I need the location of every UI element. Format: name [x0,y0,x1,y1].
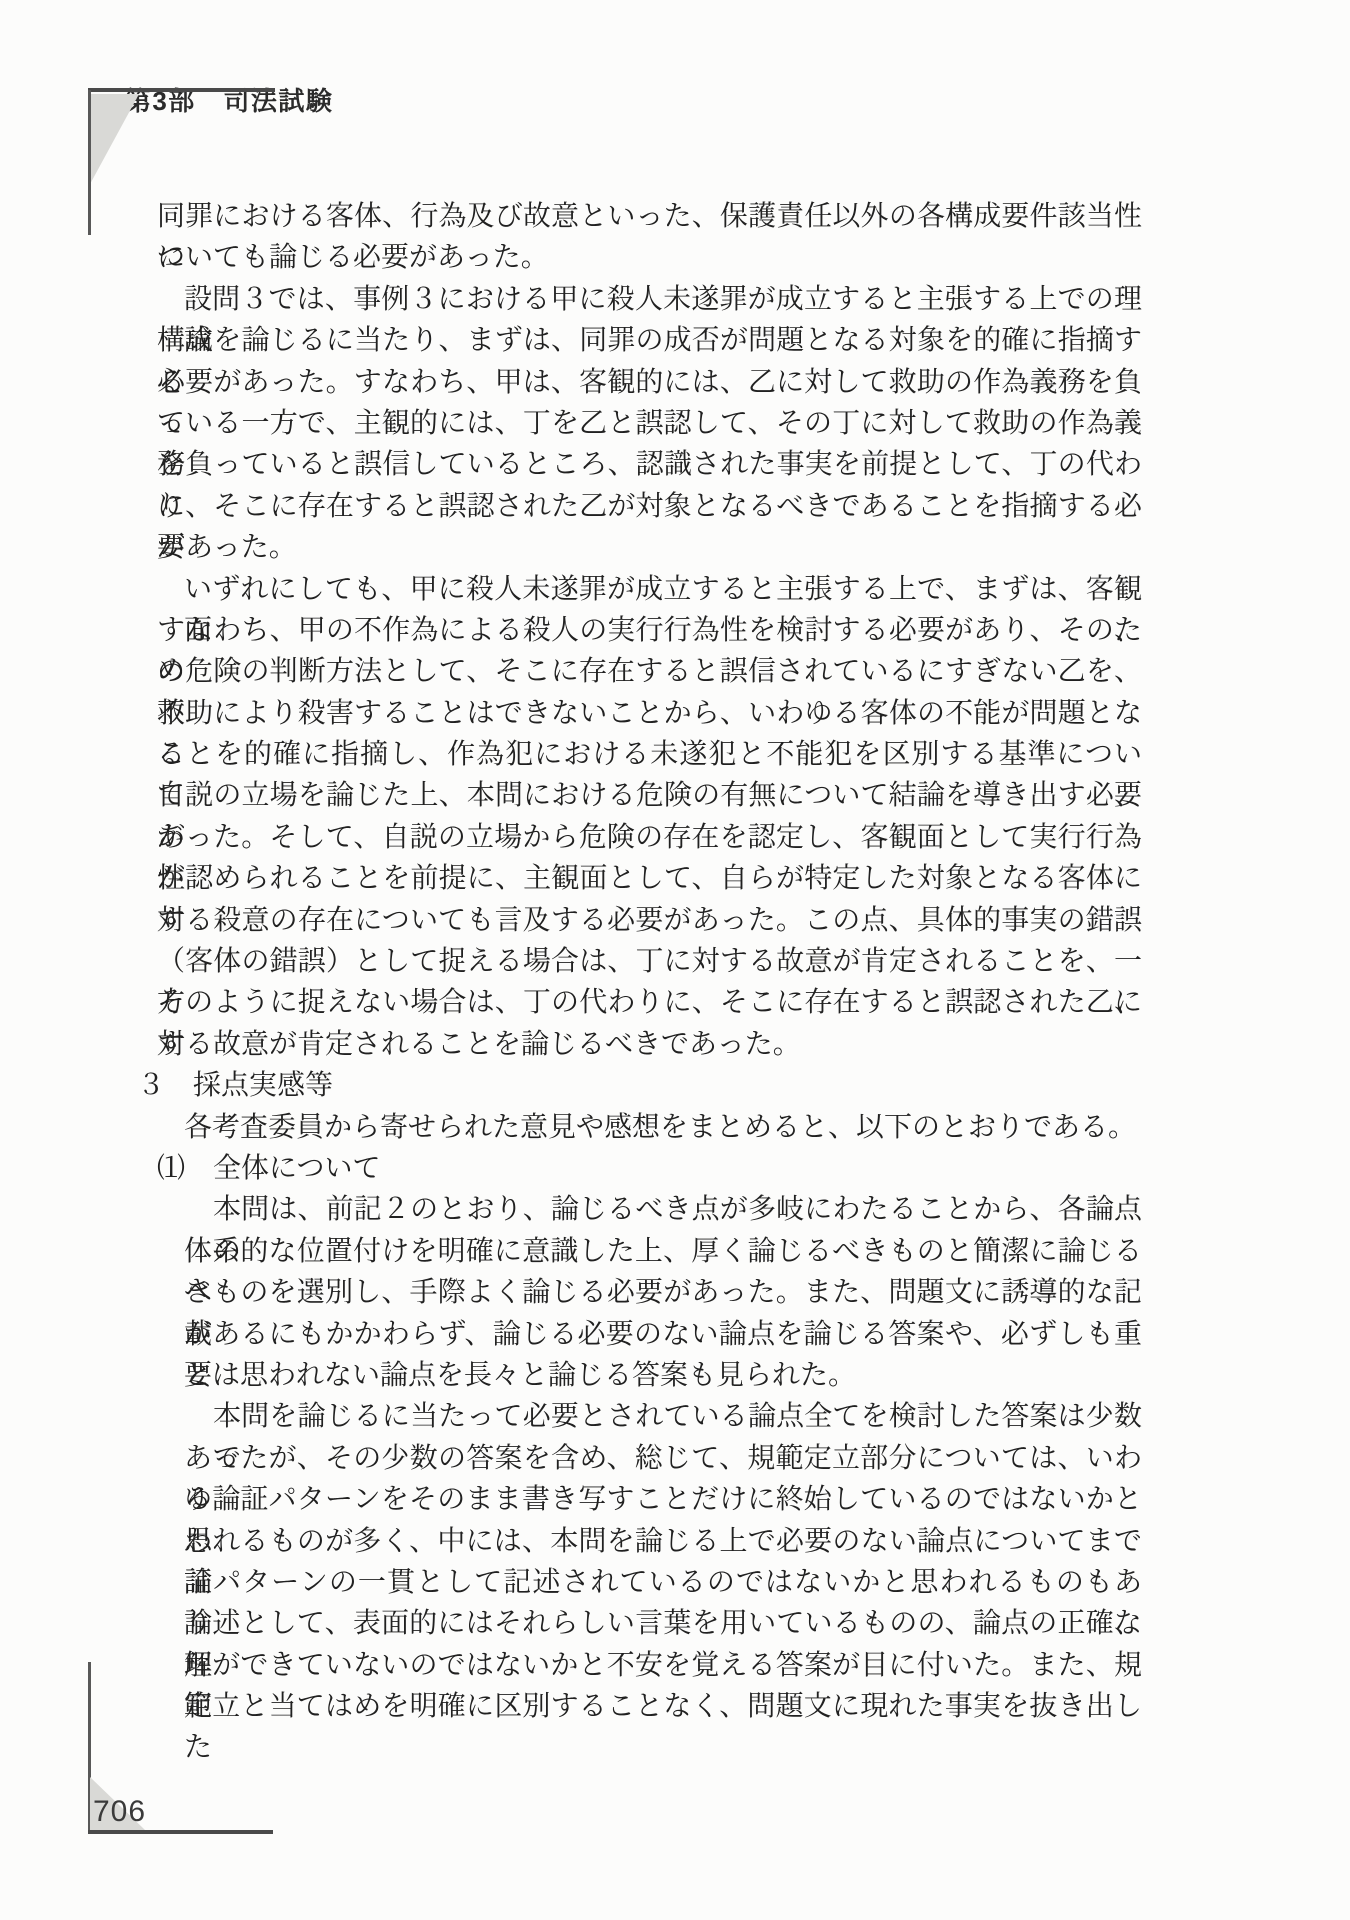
margin-line-top [88,90,91,235]
body-line: があった。 [157,527,1142,568]
body-line: きものを選別し、手際よく論じる必要があった。また、問題文に誘導的な記載 [157,1272,1142,1313]
body-line: 構成を論じるに当たり、まずは、同罪の成否が問題となる対象を的確に指摘する [157,320,1142,361]
body-line: ことを的確に指摘し、作為犯における未遂犯と不能犯を区別する基準について、 [157,734,1142,775]
header-rule-line [88,88,275,92]
body-line: 解ができていないのではないかと不安を覚える答案が目に付いた。また、規範 [157,1645,1142,1686]
body-line: 設問３では、事例３における甲に殺人未遂罪が成立すると主張する上での理論 [157,279,1142,320]
body-line: 体系的な位置付けを明確に意識した上、厚く論じるべきものと簡潔に論じるべ [157,1231,1142,1272]
body-line: すなわち、甲の不作為による殺人の実行行為性を検討する必要があり、そのため [157,610,1142,651]
book-page: 第3部 司法試験 同罪における客体、行為及び故意といった、保護責任以外の各構成要… [0,0,1350,1920]
footer-rule-line [88,1830,273,1834]
body-line: われるものが多く、中には、本問を論じる上で必要のない論点についてまで論 [157,1521,1142,1562]
body-line: とは思われない論点を長々と論じる答案も見られた。 [157,1355,1142,1396]
body-line: あったが、その少数の答案を含め、総じて、規範定立部分については、いわゆ [157,1438,1142,1479]
body-line: 論述として、表面的にはそれらしい言葉を用いているものの、論点の正確な理 [157,1603,1142,1644]
body-line: する殺意の存在についても言及する必要があった。この点、具体的事実の錯誤 [157,900,1142,941]
body-line: ている一方で、主観的には、丁を乙と誤認して、その丁に対して救助の作為義務 [157,403,1142,444]
body-line: があるにもかかわらず、論じる必要のない論点を論じる答案や、必ずしも重要 [157,1314,1142,1355]
body-line: いずれにしても、甲に殺人未遂罪が成立すると主張する上で、まずは、客観面、 [157,569,1142,610]
body-line: 同罪における客体、行為及び故意といった、保護責任以外の各構成要件該当性に [157,196,1142,237]
body-line: する故意が肯定されることを論じるべきであった。 [157,1024,1142,1065]
section-heading: ３ 採点実感等 [137,1065,1142,1106]
body-line: 必要があった。すなわち、甲は、客観的には、乙に対して救助の作為義務を負っ [157,362,1142,403]
body-line: 各考査委員から寄せられた意見や感想をまとめると、以下のとおりである。 [157,1107,1142,1148]
body-line: 定立と当てはめを明確に区別することなく、問題文に現れた事実を抜き出した [157,1686,1142,1727]
body-line: ついても論じる必要があった。 [157,237,1142,278]
body-line: る論証パターンをそのまま書き写すことだけに終始しているのではないかと思 [157,1479,1142,1520]
subsection-heading: ⑴ 全体について [157,1148,1142,1189]
page-number: 706 [93,1796,146,1828]
body-line: が認められることを前提に、主観面として、自らが特定した対象となる客体に対 [157,858,1142,899]
body-line: あった。そして、自説の立場から危険の存在を認定し、客観面として実行行為性 [157,817,1142,858]
body-line: 本問を論じるに当たって必要とされている論点全てを検討した答案は少数で [157,1396,1142,1437]
body-line: を負っていると誤信しているところ、認識された事実を前提として、丁の代わり [157,444,1142,485]
page-body-text: 同罪における客体、行為及び故意といった、保護責任以外の各構成要件該当性についても… [157,196,1142,1727]
body-line: に、そこに存在すると誤認された乙が対象となるべきであることを指摘する必要 [157,486,1142,527]
body-line: 自説の立場を論じた上、本問における危険の有無について結論を導き出す必要が [157,775,1142,816]
body-line: 救助により殺害することはできないことから、いわゆる客体の不能が問題となる [157,693,1142,734]
body-line: そのように捉えない場合は、丁の代わりに、そこに存在すると誤認された乙に対 [157,982,1142,1023]
body-line: （客体の錯誤）として捉える場合は、丁に対する故意が肯定されることを、一方、 [157,941,1142,982]
body-line: 証パターンの一貫として記述されているのではないかと思われるものもあり、 [157,1562,1142,1603]
body-line: 本問は、前記２のとおり、論じるべき点が多岐にわたることから、各論点の [157,1189,1142,1230]
body-line: の危険の判断方法として、そこに存在すると誤信されているにすぎない乙を、不 [157,651,1142,692]
